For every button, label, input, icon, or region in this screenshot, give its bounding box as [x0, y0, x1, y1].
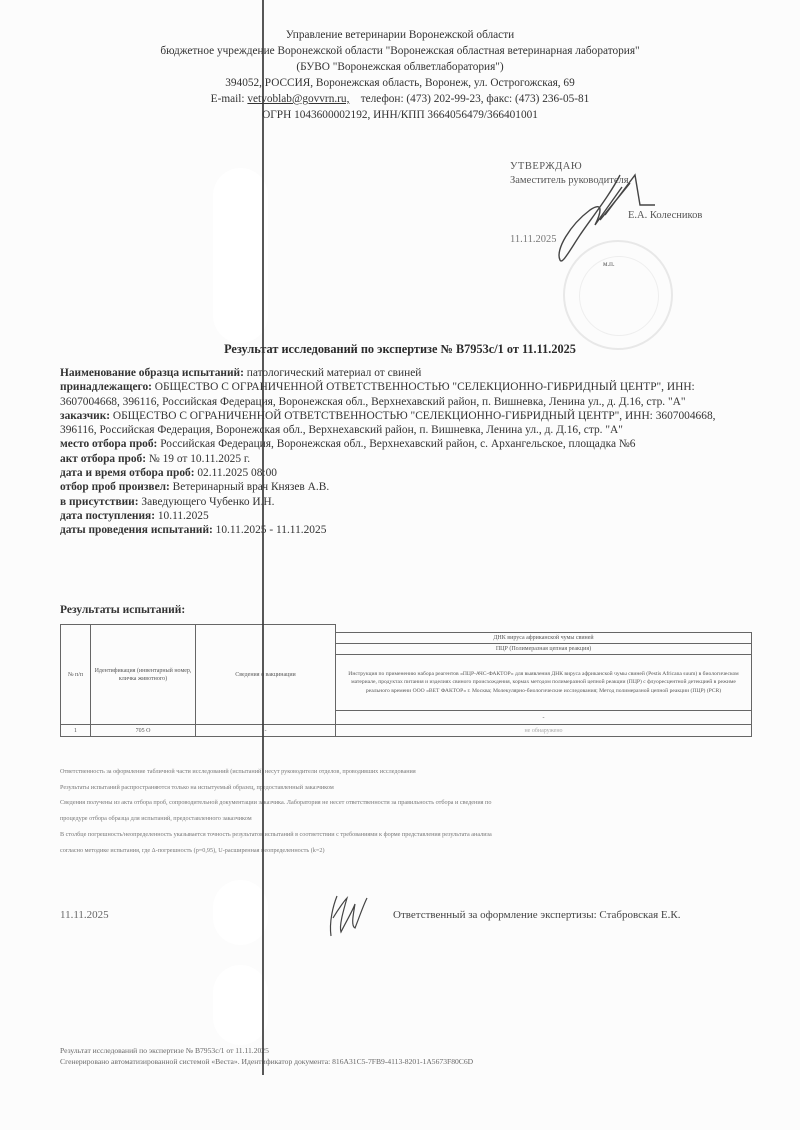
results-table: № п/п Идентификация (инвентарный номер, …	[60, 624, 752, 737]
field-sampling-place: место отбора проб: Российская Федерация,…	[60, 437, 750, 451]
field-sampler: отбор проб произвел: Ветеринарный врач К…	[60, 480, 750, 494]
responsible-person: Ответственный за оформление экспертизы: …	[393, 909, 680, 921]
document-page: Управление ветеринарии Воронежской облас…	[0, 0, 800, 1130]
redacted-area	[213, 880, 268, 945]
col-header-indicator: ДНК вируса африканской чумы свиней	[336, 633, 752, 644]
field-sample-name: Наименование образца испытаний: патологи…	[60, 366, 750, 380]
notes-block: Ответственность за оформление табличной …	[60, 764, 760, 858]
col-header-unit: -	[336, 711, 752, 725]
note-line: Результаты испытаний распространяются то…	[60, 780, 760, 796]
field-sampling-act: акт отбора проб: № 19 от 10.11.2025 г.	[60, 452, 750, 466]
field-test-dates: даты проведения испытаний: 10.11.2025 - …	[60, 523, 750, 537]
cell-vaccination: -	[196, 725, 336, 737]
redacted-area	[213, 168, 268, 343]
col-header-vaccination: Сведения о вакцинации	[196, 625, 336, 725]
field-presence: в присутствии: Заведующего Чубенко И.Н.	[60, 495, 750, 509]
note-line: процедуре отбора образца для испытаний, …	[60, 811, 760, 827]
col-header-num: № п/п	[61, 625, 91, 725]
field-owner: принадлежащего: ОБЩЕСТВО С ОГРАНИЧЕННОЙ …	[60, 380, 750, 409]
note-line: В столбце погрешность/неопределенность у…	[60, 827, 760, 843]
signature-icon	[550, 165, 670, 270]
col-header-method: ПЦР (Полимеразная цепная реакция)	[336, 644, 752, 655]
letterhead-contacts: E-mail: vetvoblab@govvrn.ru, телефон: (4…	[0, 91, 800, 107]
letterhead-institution: бюджетное учреждение Воронежской области…	[0, 43, 800, 59]
document-meta: Результат исследований по экспертизе № B…	[60, 1045, 473, 1067]
results-heading: Результаты испытаний:	[60, 604, 185, 616]
letterhead-agency: Управление ветеринарии Воронежской облас…	[0, 27, 800, 43]
note-line: согласно методике испытания, где Δ-погре…	[60, 843, 760, 859]
field-customer: заказчик: ОБЩЕСТВО С ОГРАНИЧЕННОЙ ОТВЕТС…	[60, 409, 750, 438]
phone-fax: телефон: (473) 202-99-23, факс: (473) 23…	[361, 93, 590, 105]
letterhead: Управление ветеринарии Воронежской облас…	[0, 27, 800, 123]
signature-icon	[325, 892, 370, 940]
footer-date: 11.11.2025	[60, 909, 109, 921]
field-sampling-datetime: дата и время отбора проб: 02.11.2025 08:…	[60, 466, 750, 480]
table-row: 1 705 O - не обнаружено	[61, 725, 752, 737]
cell-result: не обнаружено	[336, 725, 752, 737]
letterhead-registration: ОГРН 1043600002192, ИНН/КПП 3664056479/3…	[0, 107, 800, 123]
scan-fold-line	[262, 0, 264, 1075]
meta-reference: Результат исследований по экспертизе № B…	[60, 1045, 473, 1056]
cell-num: 1	[61, 725, 91, 737]
meta-generator: Сгенерировано автоматизированной системо…	[60, 1056, 473, 1067]
letterhead-address: 394052, РОССИЯ, Воронежская область, Вор…	[0, 75, 800, 91]
note-line: Сведения получены из акта отбора проб, с…	[60, 795, 760, 811]
email-label: E-mail:	[211, 93, 245, 105]
col-header-ident: Идентификация (инвентарный номер, кличка…	[91, 625, 196, 725]
letterhead-short-name: (БУВО "Воронежская облветлаборатория")	[0, 59, 800, 75]
note-line: Ответственность за оформление табличной …	[60, 764, 760, 780]
cell-ident: 705 O	[91, 725, 196, 737]
sample-details: Наименование образца испытаний: патологи…	[60, 366, 750, 538]
field-received-date: дата поступления: 10.11.2025	[60, 509, 750, 523]
document-title: Результат исследований по экспертизе № B…	[0, 342, 800, 357]
col-header-normative-doc: Инструкция по применению набора реагенто…	[336, 655, 752, 711]
redacted-area	[213, 965, 268, 1045]
